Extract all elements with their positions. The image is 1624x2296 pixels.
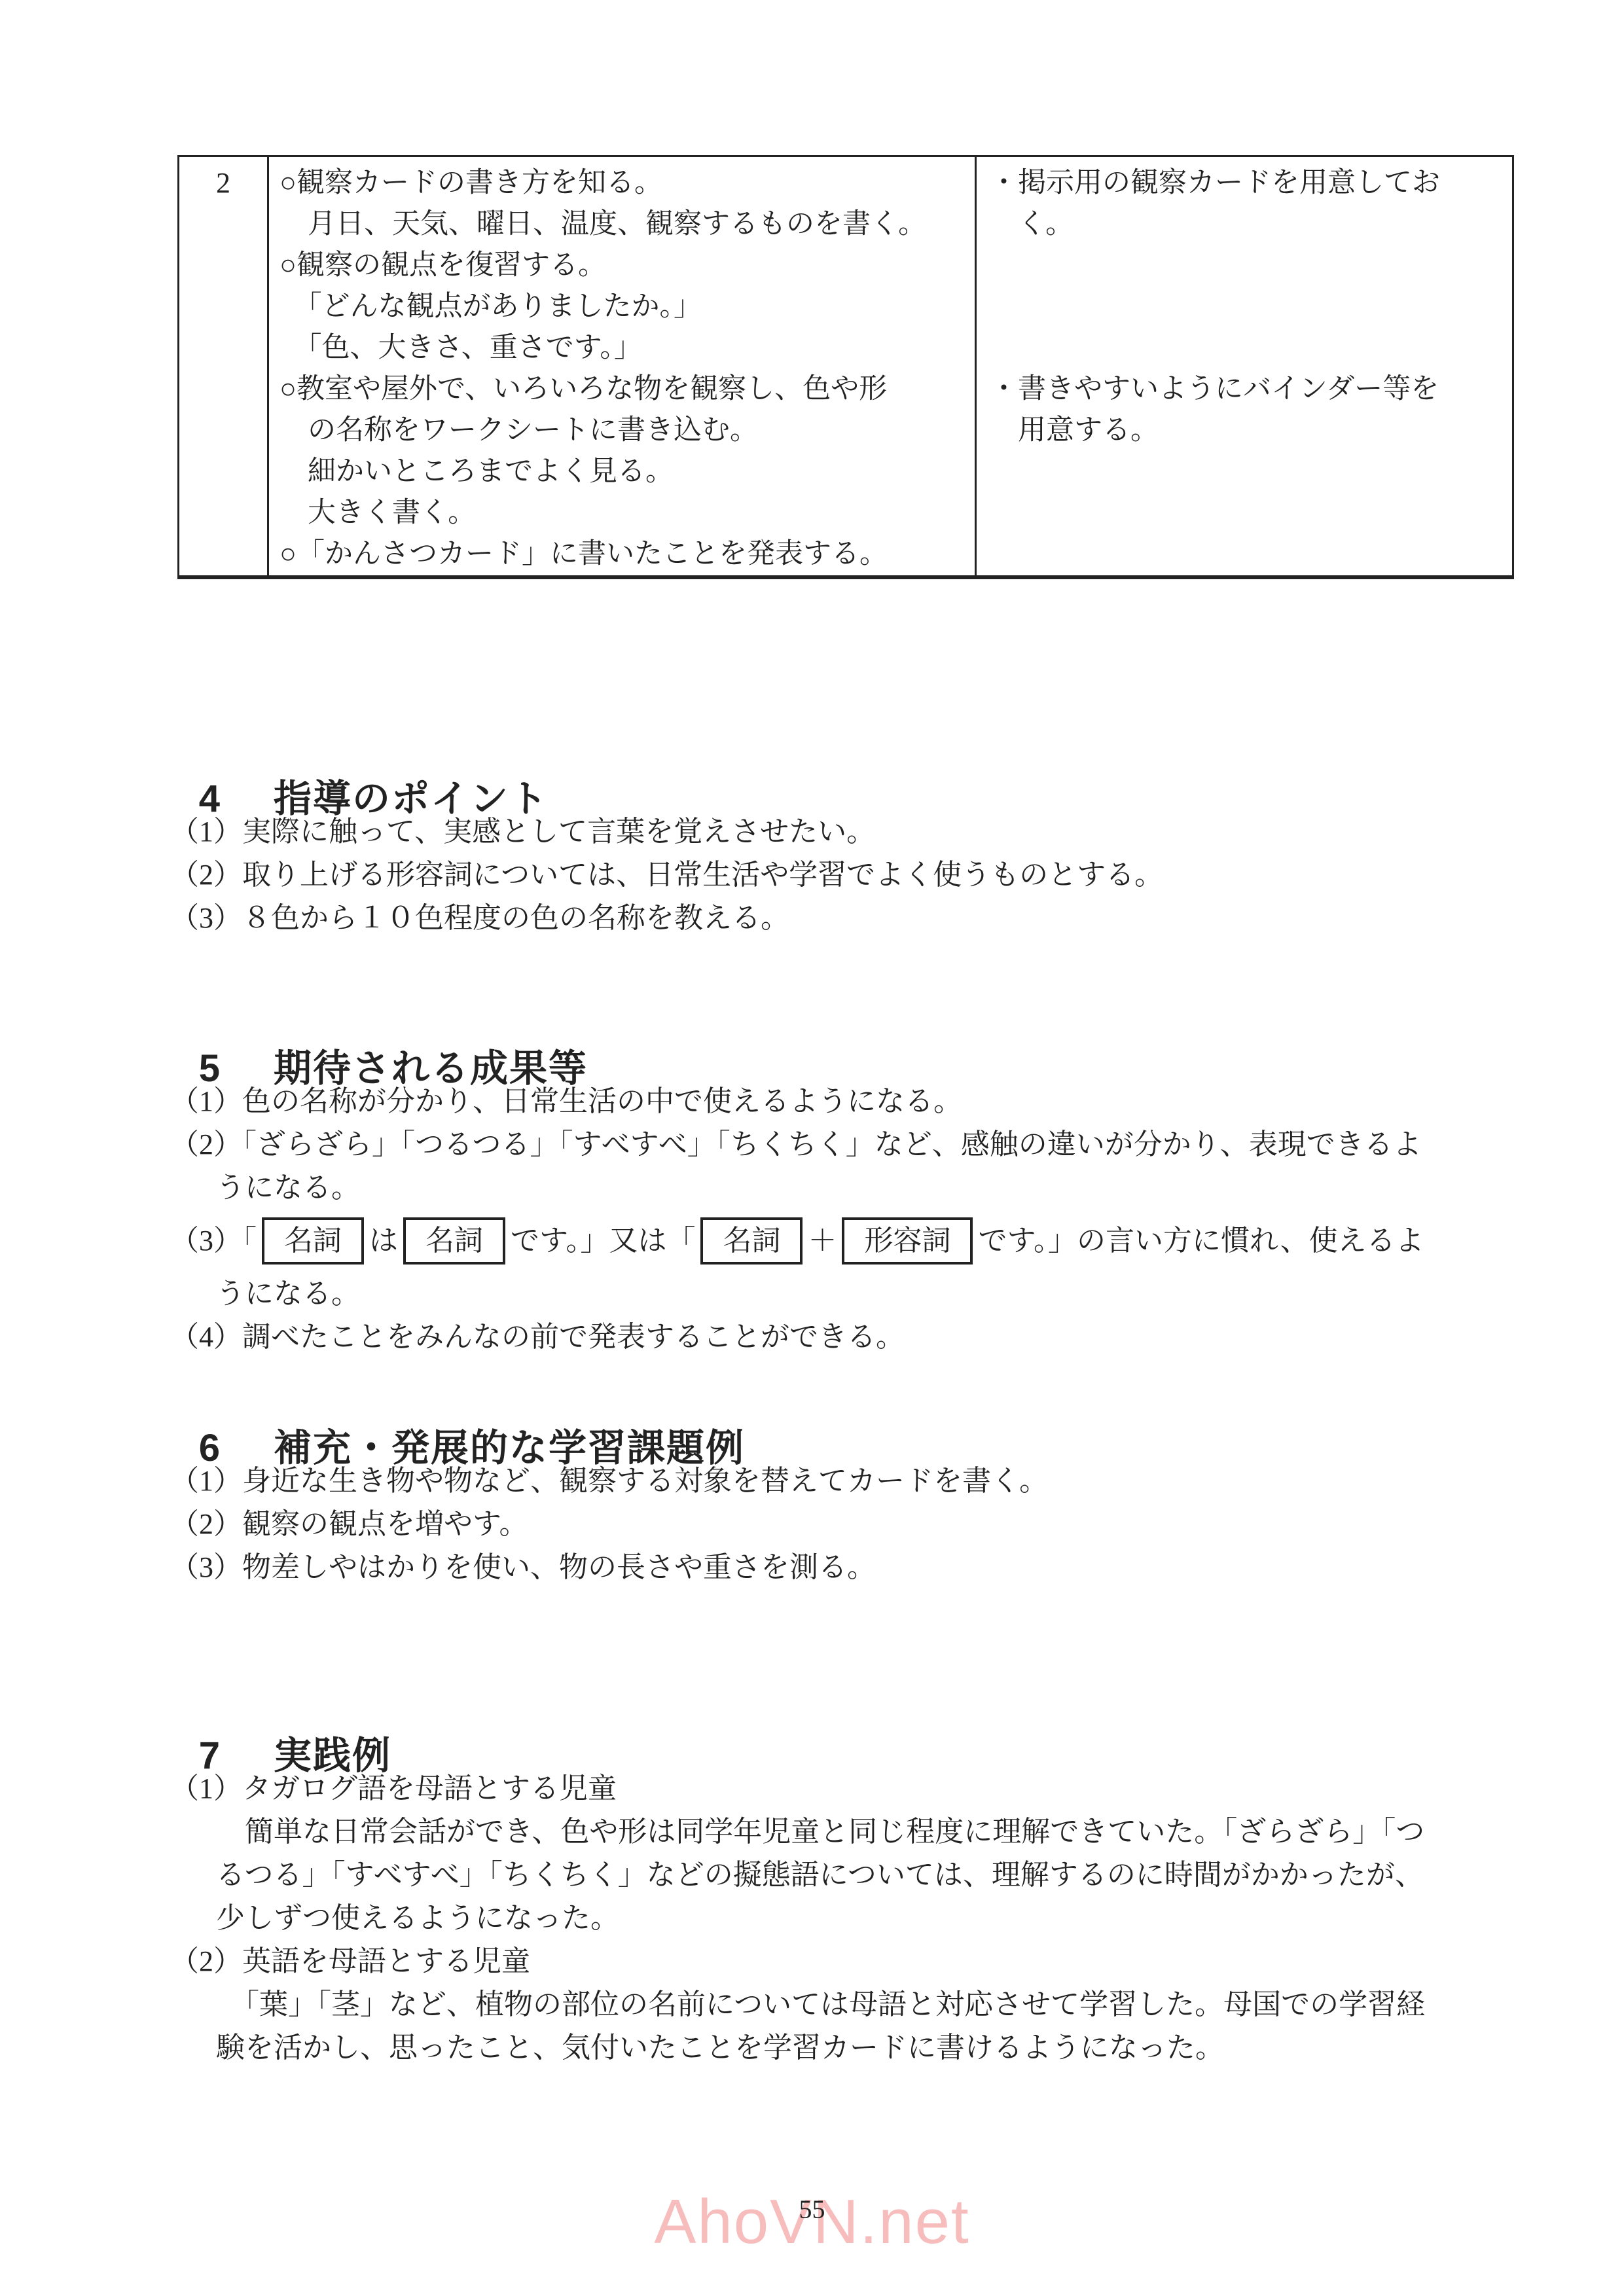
text-fragment: です。」又は「 bbox=[511, 1219, 695, 1263]
table-text-line bbox=[990, 327, 1508, 368]
section-heading: 5期待される成果等 bbox=[0, 1000, 1624, 1046]
table-text-line: ○観察カードの書き方を知る。 bbox=[280, 162, 971, 204]
table-text-line: 月日、天気、曜日、温度、観察するものを書く。 bbox=[280, 204, 971, 245]
table-text-line: 「色、大きさ、重さです。」 bbox=[280, 327, 971, 368]
table-text-line: の名称をワークシートに書き込む。 bbox=[280, 410, 971, 451]
text-line: （1）実際に触って、実感として言葉を覚えさせたい。 bbox=[0, 810, 1624, 853]
text-line: （4）調べたことをみんなの前で発表することができる。 bbox=[0, 1316, 1624, 1359]
notes-cell: ・掲示用の観察カードを用意してお く。・書きやすいようにバインダー等を 用意する… bbox=[977, 157, 1512, 575]
table-text-line: 細かいところまでよく見る。 bbox=[280, 451, 971, 492]
table-text-line bbox=[990, 286, 1508, 327]
text-line: るつる」「すべすべ」「ちくちく」などの擬態語については、理解するのに時間がかかっ… bbox=[0, 1854, 1624, 1897]
term-box: 名詞 bbox=[262, 1217, 364, 1265]
table-text-line: 「どんな観点がありましたか。」 bbox=[280, 286, 971, 327]
text-line: 験を活かし、思ったこと、気付いたことを学習カードに書けるようになった。 bbox=[0, 2026, 1624, 2070]
text-line: 「葉」「茎」など、植物の部位の名前については母語と対応させて学習した。母国での学… bbox=[0, 1983, 1624, 2026]
text-line: （1）色の名称が分かり、日常生活の中で使えるようになる。 bbox=[0, 1080, 1624, 1123]
text-fragment: （3）「 bbox=[170, 1219, 257, 1263]
text-line: うになる。 bbox=[0, 1166, 1624, 1210]
text-line: （2）観察の観点を増やす。 bbox=[0, 1503, 1624, 1546]
section-body: （1）実際に触って、実感として言葉を覚えさせたい。（2）取り上げる形容詞について… bbox=[0, 810, 1624, 940]
text-fragment: です。」の言い方に慣れ、使えるよ bbox=[978, 1219, 1424, 1263]
text-line: （3）物差しやはかりを使い、物の長さや重さを測る。 bbox=[0, 1546, 1624, 1589]
text-line: うになる。 bbox=[0, 1272, 1624, 1316]
table-text-line: く。 bbox=[990, 204, 1508, 245]
lesson-plan-table: 2 ○観察カードの書き方を知る。 月日、天気、曜日、温度、観察するものを書く。○… bbox=[177, 155, 1514, 579]
activities-cell: ○観察カードの書き方を知る。 月日、天気、曜日、温度、観察するものを書く。○観察… bbox=[269, 157, 977, 575]
term-box: 名詞 bbox=[700, 1217, 803, 1265]
sentence-pattern-line: （3）「名詞は名詞です。」又は「名詞＋形容詞です。」の言い方に慣れ、使えるよ bbox=[0, 1210, 1624, 1272]
term-box: 形容詞 bbox=[842, 1217, 973, 1265]
section-heading: 4指導のポイント bbox=[0, 730, 1624, 776]
term-box: 名詞 bbox=[403, 1217, 505, 1265]
section-supplementary-tasks: 6補充・発展的な学習課題例 （1）身近な生き物や物など、観察する対象を替えてカー… bbox=[0, 1380, 1624, 1589]
hour-number: 2 bbox=[216, 167, 230, 199]
text-fragment: は bbox=[369, 1219, 398, 1263]
text-line: 簡単な日常会話ができ、色や形は同学年児童と同じ程度に理解できていた。「ざらざら」… bbox=[0, 1810, 1624, 1854]
table-text-line: 用意する。 bbox=[990, 410, 1508, 451]
table-text-line: ○教室や屋外で、いろいろな物を観察し、色や形 bbox=[280, 368, 971, 410]
table-text-line: ・書きやすいようにバインダー等を bbox=[990, 368, 1508, 410]
section-heading: 6補充・発展的な学習課題例 bbox=[0, 1380, 1624, 1426]
text-line: 少しずつ使えるようになった。 bbox=[0, 1897, 1624, 1940]
text-line: （2）「ざらざら」「つるつる」「すべすべ」「ちくちく」など、感触の違いが分かり、… bbox=[0, 1123, 1624, 1166]
table-text-line: ・掲示用の観察カードを用意してお bbox=[990, 162, 1508, 204]
section-guidance-points: 4指導のポイント （1）実際に触って、実感として言葉を覚えさせたい。（2）取り上… bbox=[0, 730, 1624, 940]
section-body: （1）身近な生き物や物など、観察する対象を替えてカードを書く。（2）観察の観点を… bbox=[0, 1460, 1624, 1589]
text-line: （2）取り上げる形容詞については、日常生活や学習でよく使うものとする。 bbox=[0, 853, 1624, 897]
page-number: 55 bbox=[0, 2194, 1624, 2225]
document-page: 2 ○観察カードの書き方を知る。 月日、天気、曜日、温度、観察するものを書く。○… bbox=[0, 0, 1624, 2296]
table-text-line bbox=[990, 245, 1508, 286]
section-body: （1）色の名称が分かり、日常生活の中で使えるようになる。（2）「ざらざら」「つる… bbox=[0, 1080, 1624, 1359]
section-practice-examples: 7実践例 （1）タガログ語を母語とする児童 簡単な日常会話ができ、色や形は同学年… bbox=[0, 1687, 1624, 2070]
text-line: （3）８色から１０色程度の色の名称を教える。 bbox=[0, 897, 1624, 940]
section-expected-results: 5期待される成果等 （1）色の名称が分かり、日常生活の中で使えるようになる。（2… bbox=[0, 1000, 1624, 1359]
text-fragment: ＋ bbox=[808, 1219, 837, 1263]
section-heading: 7実践例 bbox=[0, 1687, 1624, 1733]
table-text-line: ○観察の観点を復習する。 bbox=[280, 245, 971, 286]
hours-cell: 2 bbox=[179, 157, 269, 575]
text-line: （1）タガログ語を母語とする児童 bbox=[0, 1767, 1624, 1810]
section-body: （1）タガログ語を母語とする児童 簡単な日常会話ができ、色や形は同学年児童と同じ… bbox=[0, 1767, 1624, 2070]
table-text-line: 大きく書く。 bbox=[280, 492, 971, 533]
table-text-line: ○「かんさつカード」に書いたことを発表する。 bbox=[280, 533, 971, 575]
text-line: （2）英語を母語とする児童 bbox=[0, 1940, 1624, 1983]
text-line: （1）身近な生き物や物など、観察する対象を替えてカードを書く。 bbox=[0, 1460, 1624, 1503]
